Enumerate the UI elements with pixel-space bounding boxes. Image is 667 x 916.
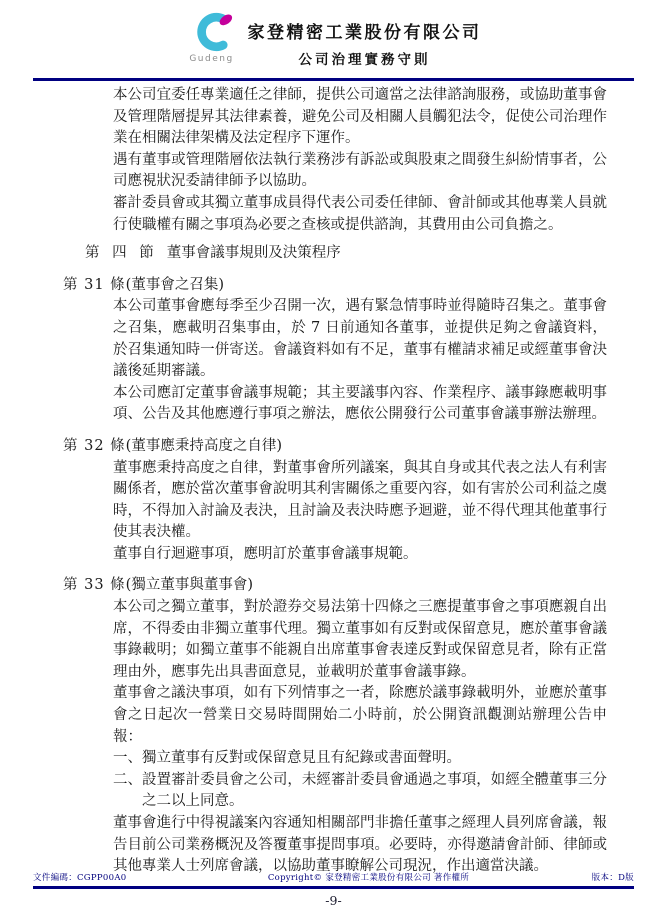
document-code: 文件編碼：CGPP00A0 [33,871,163,883]
list-item: 一、獨立董事有反對或保留意見且有紀錄或書面聲明。 [113,748,607,770]
paragraph: 董事應秉持高度之自律，對董事會所列議案，與其自身或其代表之法人有利害關係者，應於… [113,458,607,544]
article-33: 第 33 條 (獨立董事與董事會) 本公司之獨立董事，對於證券交易法第十四條之三… [63,575,607,877]
article-number: 第 31 條 [63,275,126,297]
document-page: Gudeng 家登精密工業股份有限公司 公司治理實務守則 本公司宜委任專業適任之… [0,0,667,916]
section-label: 第 四 節 [85,243,158,265]
article-heading: 第 32 條 (董事應秉持高度之自律) [63,436,607,458]
page-number: -9- [0,893,667,908]
version-label: 版本：D版 [574,871,634,883]
article-number: 第 32 條 [63,436,126,458]
copyright-notice: Copyright© 家登精密工業股份有限公司 著作權所 [163,871,574,883]
article-number: 第 33 條 [63,575,126,597]
gudeng-logo-icon [186,11,238,53]
header-titles: 家登精密工業股份有限公司 公司治理實務守則 [248,11,482,68]
logo-wordmark: Gudeng [189,54,233,64]
header-divider [33,78,634,81]
page-header: Gudeng 家登精密工業股份有限公司 公司治理實務守則 [0,0,667,75]
paragraph: 遇有董事或管理階層依法執行業務涉有訴訟或與股東之間發生糾紛情事者，公司應視狀況委… [113,150,607,193]
article-title: (董事會之召集) [126,275,224,297]
paragraph: 董事會之議決事項，如有下列情事之一者，除應於議事錄載明外，並應於董事會之日起次一… [113,683,607,748]
paragraph: 本公司應訂定董事會議事規範；其主要議事內容、作業程序、議事錄應載明事項、公告及其… [113,383,607,426]
article-32: 第 32 條 (董事應秉持高度之自律) 董事應秉持高度之自律，對董事會所列議案，… [63,436,607,566]
paragraph: 本公司董事會應每季至少召開一次，遇有緊急情事時並得隨時召集之。董事會之召集，應載… [113,296,607,382]
section-title: 董事會議事規則及決策程序 [167,243,341,265]
document-title: 公司治理實務守則 [299,48,431,68]
document-body: 本公司宜委任專業適任之律師，提供公司適當之法律諮詢服務，或協助董事會及管理階層提… [63,85,607,878]
article-31: 第 31 條 (董事會之召集) 本公司董事會應每季至少召開一次，遇有緊急情事時並… [63,275,607,426]
article-heading: 第 31 條 (董事會之召集) [63,275,607,297]
numbered-list: 一、獨立董事有反對或保留意見且有紀錄或書面聲明。 二、設置審計委員會之公司，未經… [113,748,607,813]
company-name: 家登精密工業股份有限公司 [248,18,482,43]
footer-row: 文件編碼：CGPP00A0 Copyright© 家登精密工業股份有限公司 著作… [33,871,634,883]
article-title: (董事應秉持高度之自律) [126,436,282,458]
footer-divider [33,886,634,889]
list-item: 二、設置審計委員會之公司，未經審計委員會通過之事項，如經全體董事三分之二以上同意… [113,770,607,813]
company-logo: Gudeng [186,11,238,64]
paragraph: 董事會進行中得視議案內容通知相關部門非擔任董事之經理人員列席會議，報告目前公司業… [113,813,607,878]
section-heading: 第 四 節 董事會議事規則及決策程序 [85,243,607,265]
paragraph: 本公司宜委任專業適任之律師，提供公司適當之法律諮詢服務，或協助董事會及管理階層提… [113,85,607,150]
page-footer: 文件編碼：CGPP00A0 Copyright© 家登精密工業股份有限公司 著作… [0,871,667,908]
article-heading: 第 33 條 (獨立董事與董事會) [63,575,607,597]
paragraph: 董事自行迴避事項，應明訂於董事會議事規範。 [113,544,607,566]
article-title: (獨立董事與董事會) [126,575,253,597]
paragraph: 本公司之獨立董事，對於證券交易法第十四條之三應提董事會之事項應親自出席，不得委由… [113,597,607,683]
paragraph: 審計委員會或其獨立董事成員得代表公司委任律師、會計師或其他專業人員就行使職權有關… [113,193,607,236]
